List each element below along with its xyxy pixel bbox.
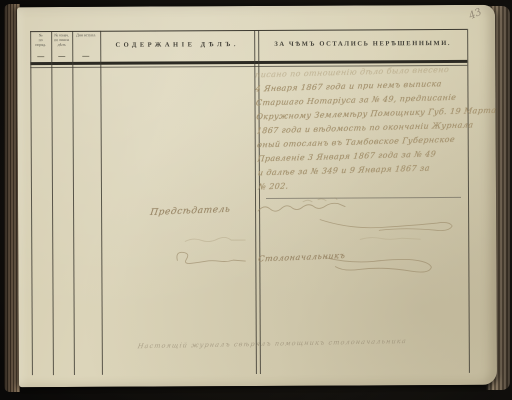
signature-flourishes	[143, 197, 473, 289]
header-tick	[82, 56, 89, 57]
table-column-line	[51, 31, 54, 375]
unresolved-header: ЗА ЧѢМЪ ОСТАЛИСЬ НЕРѢШЕННЫМИ.	[258, 40, 467, 48]
ledger-page: 43 № по поряд. № означ. по описи дѣлъ	[17, 5, 497, 387]
contents-header: СОДЕРЖАНІЕ ДѢЛЪ.	[100, 41, 254, 49]
header-tick	[58, 56, 65, 57]
column-header-date: Дни вступл.	[75, 34, 97, 39]
column-header-inventory: № означ. по описи дѣлъ	[53, 34, 69, 48]
photo-background: 43 № по поряд. № означ. по описи дѣлъ	[0, 0, 512, 400]
table-top-rule	[30, 29, 467, 32]
table-column-line	[72, 31, 75, 375]
handwritten-entry: писано по отношенію дѣло было внесено 4 …	[255, 63, 470, 195]
column-header-number: № по поряд.	[32, 34, 48, 48]
column-header-line: дѣлъ	[54, 43, 70, 48]
column-header-line: Дни вступл.	[75, 34, 97, 39]
column-header-line: поряд.	[33, 43, 49, 48]
folio-number-annotation: 43	[467, 7, 483, 22]
table-column-line	[100, 31, 103, 375]
table-left-border	[30, 31, 33, 375]
header-tick	[37, 56, 44, 57]
